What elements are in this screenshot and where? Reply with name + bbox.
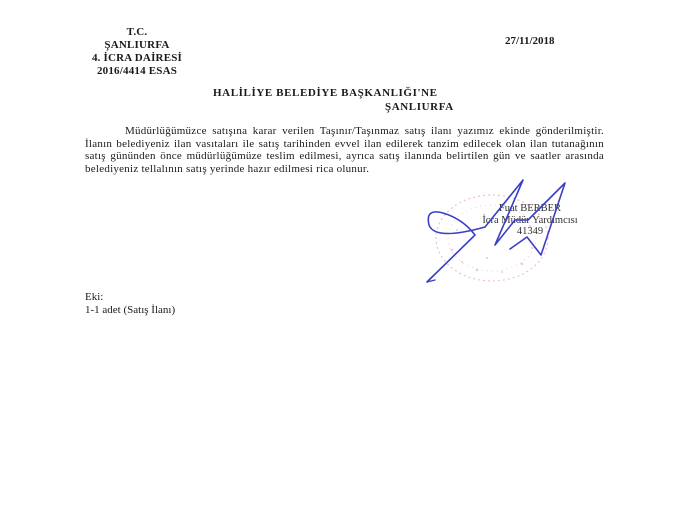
recipient-city: ŞANLIURFA <box>213 100 454 114</box>
letter-body: Müdürlüğümüzce satışına karar verilen Ta… <box>85 125 604 175</box>
header-line-office: 4. İCRA DAİRESİ <box>82 52 192 65</box>
handwritten-signature-icon <box>415 175 575 290</box>
header-line-city: ŞANLIURFA <box>82 39 192 52</box>
body-paragraph: Müdürlüğümüzce satışına karar verilen Ta… <box>85 125 604 175</box>
issuer-header: T.C. ŞANLIURFA 4. İCRA DAİRESİ 2016/4414… <box>82 26 192 78</box>
header-line-case-number: 2016/4414 ESAS <box>82 65 192 78</box>
attachment-item: 1-1 adet (Satış İlanı) <box>85 304 175 317</box>
attachments-label: Eki: <box>85 291 175 304</box>
recipient-name: HALİLİYE BELEDİYE BAŞKANLIĞI'NE <box>213 87 438 99</box>
attachments-section: Eki: 1-1 adet (Satış İlanı) <box>85 291 175 317</box>
document-date: 27/11/2018 <box>505 35 555 47</box>
header-line-republic: T.C. <box>82 26 192 39</box>
recipient-block: HALİLİYE BELEDİYE BAŞKANLIĞI'NE ŞANLIURF… <box>213 86 454 114</box>
